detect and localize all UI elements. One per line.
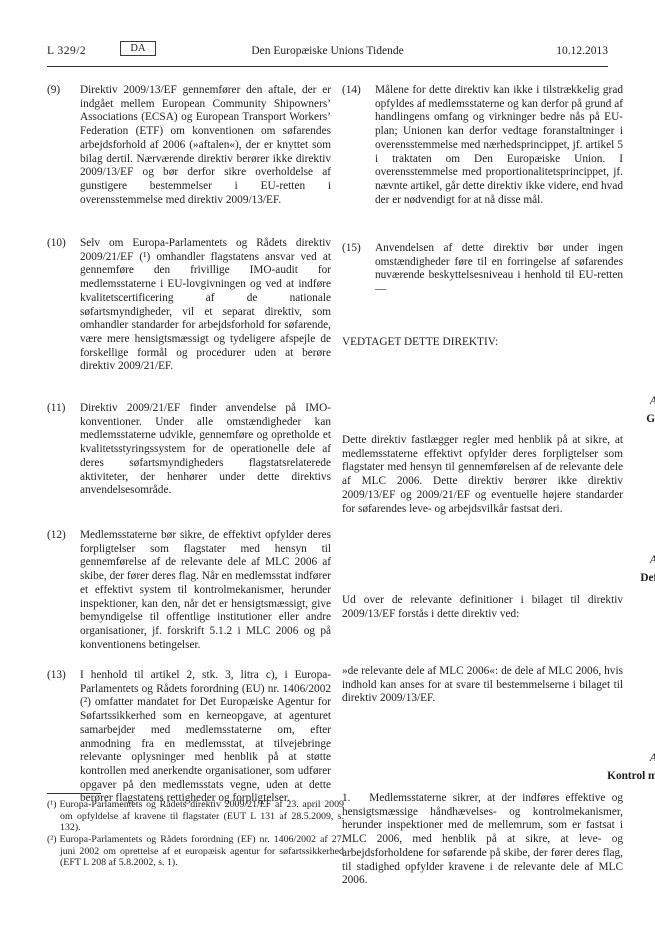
footnote-marker: (²) — [47, 834, 60, 845]
recital-number: (13) — [47, 669, 66, 683]
recital-11: (11) Direktiv 2009/21/EF finder anvendel… — [47, 402, 331, 498]
recital-number: (11) — [47, 402, 65, 416]
article-2-definition: »de relevante dele af MLC 2006«: de dele… — [342, 665, 623, 706]
footnote-text: Europa-Parlamentets og Rådets forordning… — [60, 834, 344, 868]
recital-text: Anvendelsen af dette direktiv bør under … — [375, 242, 623, 297]
recital-text: I henhold til artikel 2, stk. 3, litra c… — [80, 669, 331, 806]
recital-text: Direktiv 2009/13/EF gennemfører den afta… — [80, 84, 331, 207]
recital-number: (12) — [47, 529, 66, 543]
article-3-heading: Artikel 3 — [342, 752, 655, 766]
recital-10: (10) Selv om Europa-Parlamentets og Råde… — [47, 237, 331, 374]
article-3-title: Kontrol med overholdelse — [342, 770, 655, 784]
footnote-text: Europa-Parlamentets og Rådets direktiv 2… — [60, 799, 344, 833]
header-rule — [47, 66, 608, 67]
recital-12: (12) Medlemsstaterne bør sikre, de effek… — [47, 529, 331, 652]
footnote-marker: (¹) — [47, 799, 60, 810]
recital-text: Direktiv 2009/21/EF finder anvendelse på… — [80, 402, 331, 498]
footnote-rule — [47, 793, 101, 794]
recital-number: (9) — [47, 84, 60, 98]
journal-page: L 329/2 DA Den Europæiske Unions Tidende… — [0, 0, 655, 926]
recital-14: (14) Målene for dette direktiv kan ikke … — [342, 84, 623, 207]
recital-text: Målene for dette direktiv kan ikke i til… — [375, 84, 623, 207]
article-2-body: Ud over de relevante definitioner i bila… — [342, 594, 623, 621]
enacting-formula: VEDTAGET DETTE DIREKTIV: — [342, 336, 623, 350]
recital-13: (13) I henhold til artikel 2, stk. 3, li… — [47, 669, 331, 806]
recital-9: (9) Direktiv 2009/13/EF gennemfører den … — [47, 84, 331, 207]
recital-number: (15) — [342, 242, 361, 256]
article-1-body: Dette direktiv fastlægger regler med hen… — [342, 434, 623, 516]
issue-date: 10.12.2013 — [556, 45, 608, 58]
article-2-heading: Artikel 2 — [342, 554, 655, 568]
recital-text: Medlemsstaterne bør sikre, de effektivt … — [80, 529, 331, 652]
recital-number: (10) — [47, 237, 66, 251]
footnote-2: (²)Europa-Parlamentets og Rådets forordn… — [47, 834, 344, 869]
article-2-title: Definitioner — [342, 572, 655, 586]
article-3-body: 1. Medlemsstaterne sikrer, at der indfør… — [342, 792, 623, 888]
recital-15: (15) Anvendelsen af dette direktiv bør u… — [342, 242, 623, 297]
article-1-title: Genstand — [342, 413, 655, 427]
footnote-1: (¹)Europa-Parlamentets og Rådets direkti… — [47, 799, 344, 834]
article-1-heading: Artikel 1 — [342, 395, 655, 409]
recital-number: (14) — [342, 84, 361, 98]
recital-text: Selv om Europa-Parlamentets og Rådets di… — [80, 237, 331, 374]
